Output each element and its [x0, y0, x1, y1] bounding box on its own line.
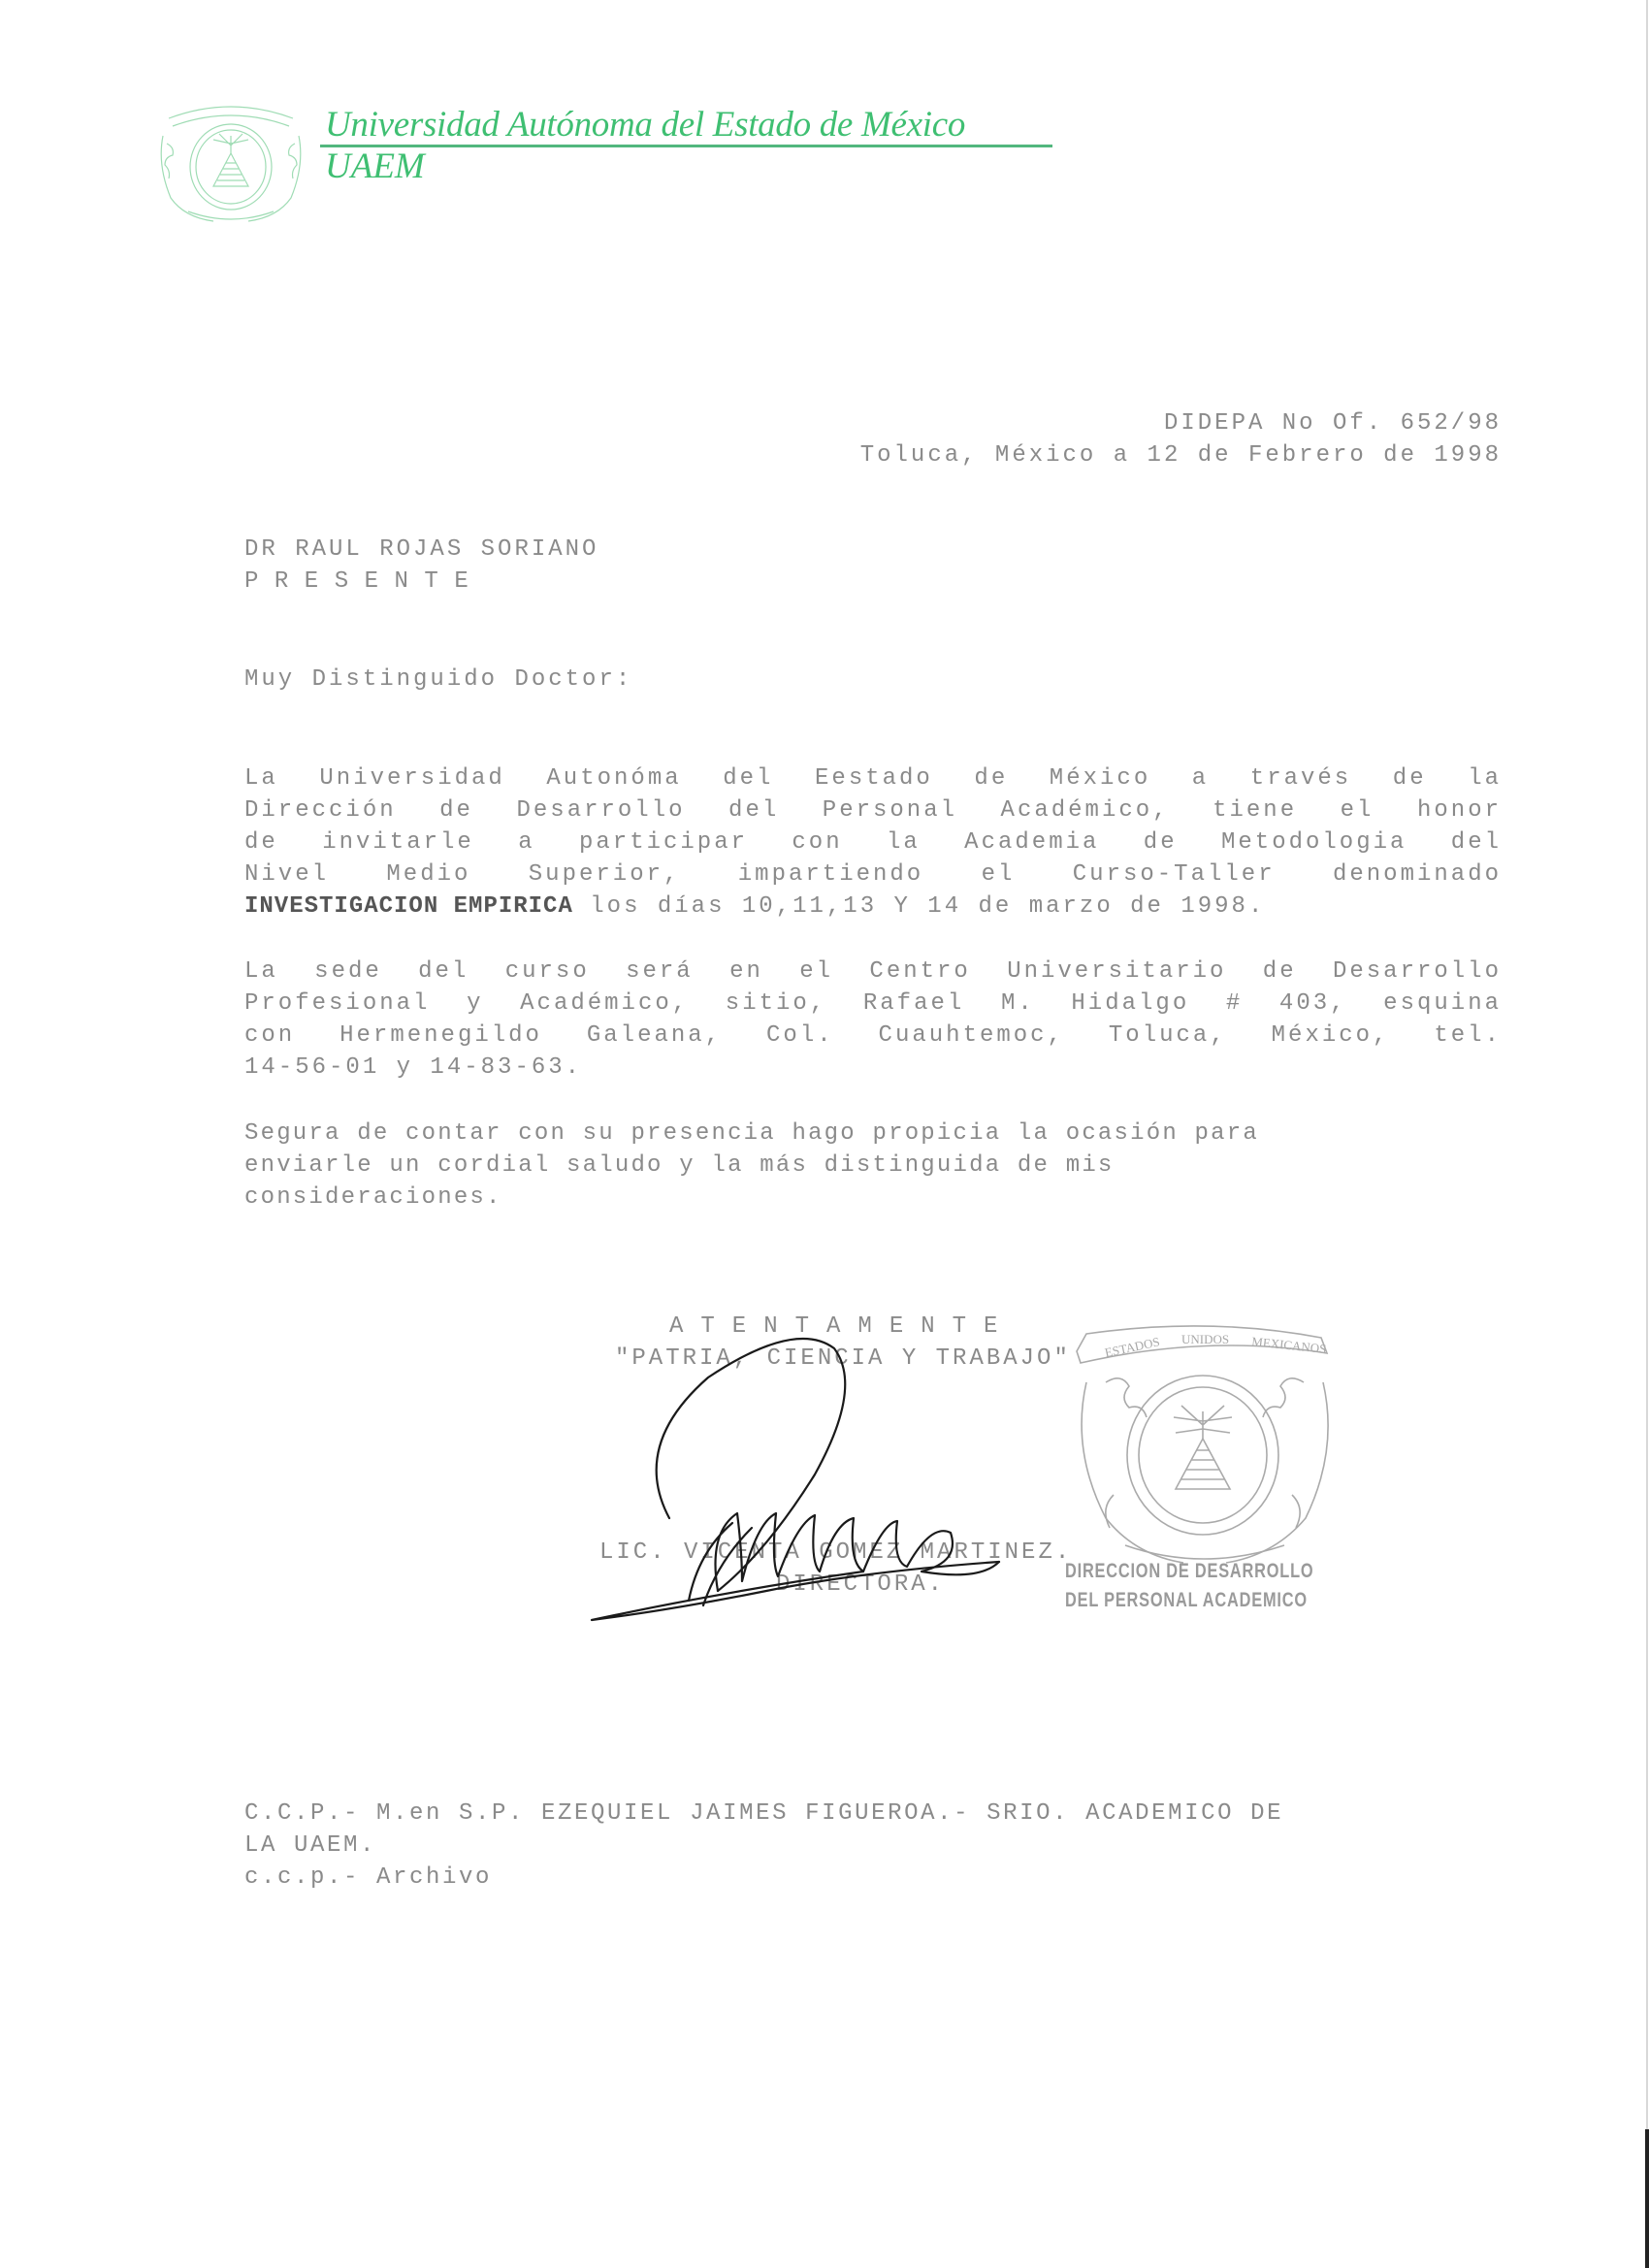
institution-motto: "PATRIA, CIENCIA Y TRABAJO" [615, 1343, 1071, 1375]
addressee-name: DR RAUL ROJAS SORIANO [244, 534, 598, 566]
copy-recipient-line-2: LA UAEM. [244, 1830, 376, 1862]
paragraph-line: Profesional y Académico, sitio, Rafael M… [244, 988, 1502, 1020]
paragraph-line: Segura de contar con su presencia hago p… [244, 1118, 1502, 1150]
signer-position: DIRECTORA. [776, 1569, 945, 1601]
body-paragraph-1: La Universidad Autonóma del Eestado de M… [244, 762, 1502, 923]
paragraph-line: Nivel Medio Superior, impartiendo el Cur… [244, 859, 1502, 891]
addressee-presente: PRESENTE [244, 566, 484, 598]
stamp-line-1: DIRECCION DE DESARROLLO [1065, 1560, 1313, 1583]
svg-text:UNIDOS: UNIDOS [1181, 1332, 1229, 1346]
body-paragraph-2: La sede del curso será en el Centro Univ… [244, 956, 1502, 1084]
paragraph-line: La sede del curso será en el Centro Univ… [244, 956, 1502, 988]
paragraph-line: de invitarle a participar con la Academi… [244, 826, 1502, 859]
copy-archive-line: c.c.p.- Archivo [244, 1862, 492, 1894]
reference-number: DIDEPA No Of. 652/98 [1164, 407, 1502, 439]
paragraph-line: La Universidad Autonóma del Eestado de M… [244, 762, 1502, 794]
official-seal-stamp-icon: ESTADOS UNIDOS MEXICANOS [1067, 1324, 1348, 1576]
place-date: Toluca, México a 12 de Febrero de 1998 [860, 439, 1502, 471]
letter-page: Universidad Autónoma del Estado de Méxic… [0, 0, 1649, 2268]
paragraph-line: enviarle un cordial saludo y la más dist… [244, 1150, 1502, 1182]
university-seal-icon [155, 97, 307, 229]
closing-atentamente: ATENTAMENTE [669, 1311, 1015, 1343]
paragraph-line: Dirección de Desarrollo del Personal Aca… [244, 794, 1502, 826]
scan-edge-line [1646, 0, 1648, 2268]
institution-name: Universidad Autónoma del Estado de Méxic… [325, 104, 965, 146]
letterhead-rule [320, 145, 1052, 147]
course-dates: los días 10,11,13 Y 14 de marzo de 1998. [573, 893, 1266, 920]
copy-recipient-line-1: C.C.P.- M.en S.P. EZEQUIEL JAIMES FIGUER… [244, 1798, 1283, 1830]
paragraph-line: INVESTIGACION EMPIRICA los días 10,11,13… [244, 891, 1502, 923]
institution-acronym: UAEM [325, 146, 425, 187]
salutation: Muy Distinguido Doctor: [244, 664, 632, 696]
body-paragraph-3: Segura de contar con su presencia hago p… [244, 1118, 1502, 1214]
paragraph-line: consideraciones. [244, 1182, 1502, 1214]
stamp-line-2: DEL PERSONAL ACADEMICO [1065, 1589, 1308, 1612]
paragraph-line: 14-56-01 y 14-83-63. [244, 1052, 1502, 1084]
paragraph-line: con Hermenegildo Galeana, Col. Cuauhtemo… [244, 1020, 1502, 1052]
svg-text:ESTADOS: ESTADOS [1104, 1334, 1161, 1360]
course-title: INVESTIGACION EMPIRICA [244, 893, 573, 920]
scan-edge-shadow [1645, 2129, 1649, 2268]
signer-name: LIC. VICENTA GOMEZ MARTINEZ. [599, 1537, 1072, 1569]
